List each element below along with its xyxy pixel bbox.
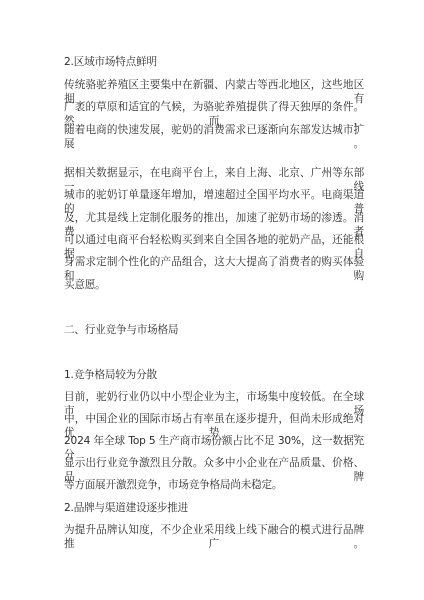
subsection-heading: 1.竞争格局较为分散 — [64, 368, 364, 382]
paragraph-line: 买意愿。 — [64, 278, 364, 292]
section-heading: 2.区域市场特点鲜明 — [64, 55, 364, 69]
paragraph-line: 为提升品牌认知度，不少企业采用线上线下融合的模式进行品牌推广。 — [64, 523, 364, 551]
chapter-heading: 二、行业竞争与市场格局 — [64, 323, 364, 337]
subsection-heading: 2.品牌与渠道建设逐步推进 — [64, 501, 364, 515]
paragraph-line: 随着电商的快速发展，驼奶的消费需求已逐渐向东部发达城市扩展。 — [64, 123, 364, 151]
paragraph-line: 等方面展开激烈竞争，市场竞争格局尚未稳定。 — [64, 478, 364, 492]
